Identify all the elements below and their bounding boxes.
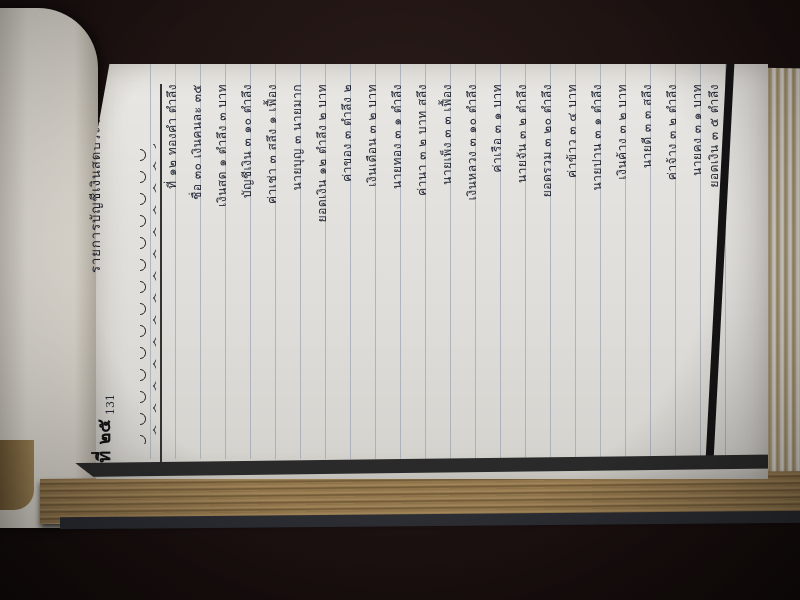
handwritten-line: ค่าข้าว ๓ ๔ บาท xyxy=(566,84,578,178)
handwritten-line: ค่าจ้าง ๓ ๒ ตำลึง xyxy=(666,84,678,180)
handwritten-line: ค่าเรือ ๓ ๑ บาท xyxy=(491,84,503,173)
scroll-ornament xyxy=(140,144,156,444)
handwritten-line: ยอดเงิน ๓ ๕ ตำลึง xyxy=(708,84,720,188)
photo-scene: รายการบัญชีเงินสดประจำเดือน 131 ที่ ๒๕ ท… xyxy=(0,0,800,600)
ledger-page: รายการบัญชีเงินสดประจำเดือน 131 ที่ ๒๕ ท… xyxy=(96,64,768,479)
handwritten-line: นายบุญ ๓ นายมาก xyxy=(291,84,303,191)
page-number: 131 xyxy=(104,394,117,415)
decorative-header-band xyxy=(130,84,162,464)
handwritten-line: นายปาน ๓ ๑ ตำลึง xyxy=(591,84,603,191)
handwritten-line: ยอดเงิน ๑๒ ตำลึง ๒ บาท xyxy=(316,84,328,222)
handwritten-line: นายจัน ๓ ๒ ตำลึง xyxy=(516,84,528,183)
handwritten-line: เงินค้าง ๓ ๒ บาท xyxy=(616,84,628,180)
handwritten-line: ยอดรวม ๓ ๒๐ ตำลึง xyxy=(541,84,553,197)
handwritten-line: ค่าเช่า ๓ สลึง ๑ เฟื้อง xyxy=(266,84,278,204)
handwritten-line: ชื่อ ๓๐ เงินคนละ ๓๕ xyxy=(191,84,203,200)
handwritten-line: เงินเดือน ๓ ๒ บาท xyxy=(366,84,378,187)
page-label: ที่ ๒๕ xyxy=(90,419,119,463)
handwritten-line: เงินสด ๑ ตำลึง ๓ บาท xyxy=(216,84,228,207)
left-page-gilded-edge xyxy=(0,440,34,510)
handwritten-line: ที่ ๑๒ ทองคำ ตำลึง xyxy=(166,84,178,189)
handwritten-line: นายเพ็ง ๓ ๓ เฟื้อง xyxy=(441,84,453,185)
handwritten-line: ค่าของ ๓ ตำลึง ๒ xyxy=(341,84,353,182)
handwritten-line: นายคง ๓ ๑ บาท xyxy=(691,84,703,176)
handwritten-line: นายทอง ๓ ๑ ตำลึง xyxy=(391,84,403,189)
handwritten-line: บัญชีเงิน ๓ ๑๐ ตำลึง xyxy=(241,84,253,198)
handwritten-line: เงินหลวง ๓ ๑๐ ตำลึง xyxy=(466,84,478,200)
handwritten-line: ค่านา ๓ ๒ บาท สลึง xyxy=(416,84,428,196)
handwritten-line: นายดี ๓ ๓ สลึง xyxy=(641,84,653,168)
